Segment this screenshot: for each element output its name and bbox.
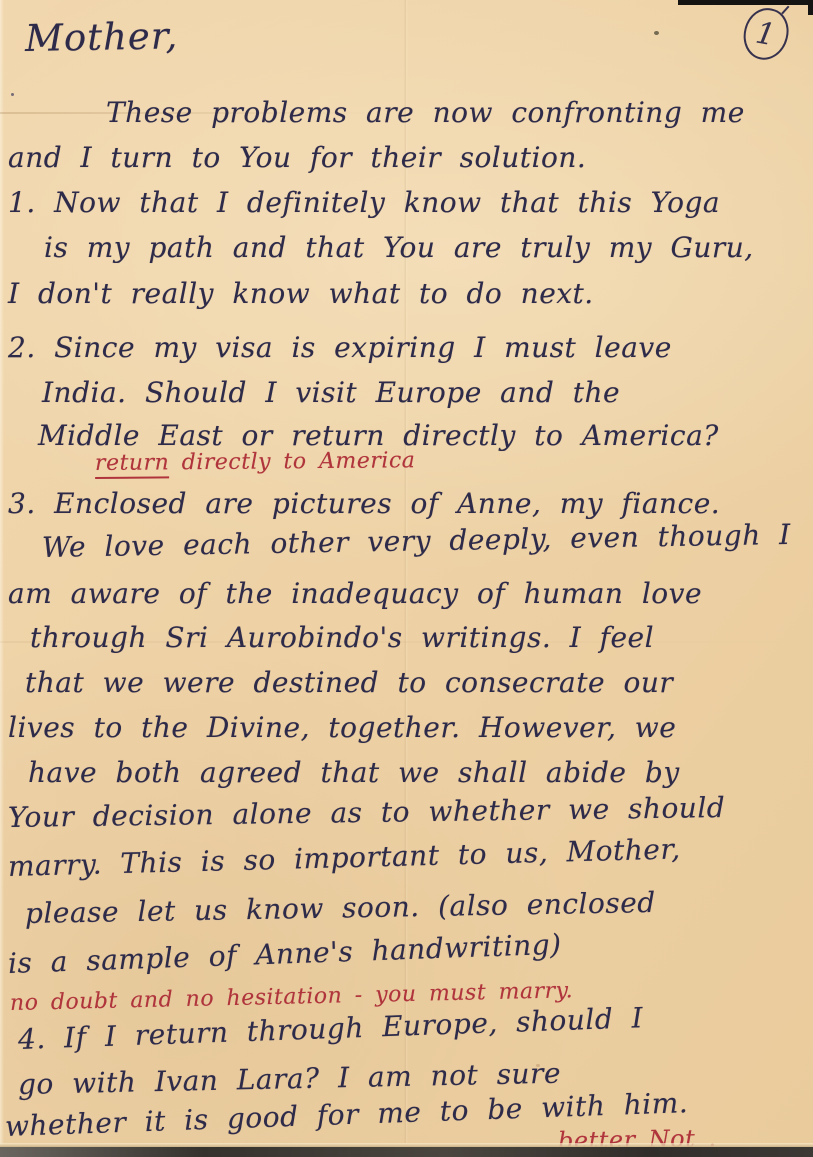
red-annotation-underlined-word: return bbox=[95, 450, 169, 479]
red-annotation-text: directly to America bbox=[169, 448, 415, 475]
letter-line: and I turn to You for their solution. bbox=[8, 141, 586, 174]
letter-line: am aware of the inadequacy of human love bbox=[8, 577, 702, 610]
letter-line: that we were destined to consecrate our bbox=[25, 666, 673, 699]
letter-line: I don't really know what to do next. bbox=[8, 277, 594, 310]
letter-line: 2. Since my visa is expiring I must leav… bbox=[8, 331, 672, 364]
letter-line: 3. Enclosed are pictures of Anne, my fia… bbox=[8, 487, 720, 520]
letter-line: lives to the Divine, together. However, … bbox=[8, 711, 676, 744]
letter-line: Middle East or return directly to Americ… bbox=[38, 419, 719, 452]
red-annotation: return directly to America bbox=[95, 448, 416, 476]
salutation-line: Mother, bbox=[25, 14, 179, 60]
ink-speck bbox=[11, 93, 14, 96]
letter-line: is my path and that You are truly my Gur… bbox=[44, 231, 754, 264]
paper-left-edge bbox=[0, 0, 4, 1157]
scanned-letter-page: 1 Mother, These problems are now confron… bbox=[0, 0, 813, 1157]
page-number: 1 bbox=[754, 15, 779, 53]
letter-line: 1. Now that I definitely know that this … bbox=[8, 186, 720, 219]
ink-speck bbox=[654, 31, 659, 35]
letter-line: These problems are now confronting me bbox=[106, 96, 745, 129]
letter-line: through Sri Aurobindo's writings. I feel bbox=[30, 621, 654, 654]
scan-edge-top bbox=[678, 0, 813, 5]
letter-line: India. Should I visit Europe and the bbox=[42, 376, 620, 409]
scan-edge-bottom bbox=[0, 1147, 813, 1157]
scan-edge-top-corner bbox=[808, 0, 813, 15]
letter-line: have both agreed that we shall abide by bbox=[28, 756, 680, 789]
